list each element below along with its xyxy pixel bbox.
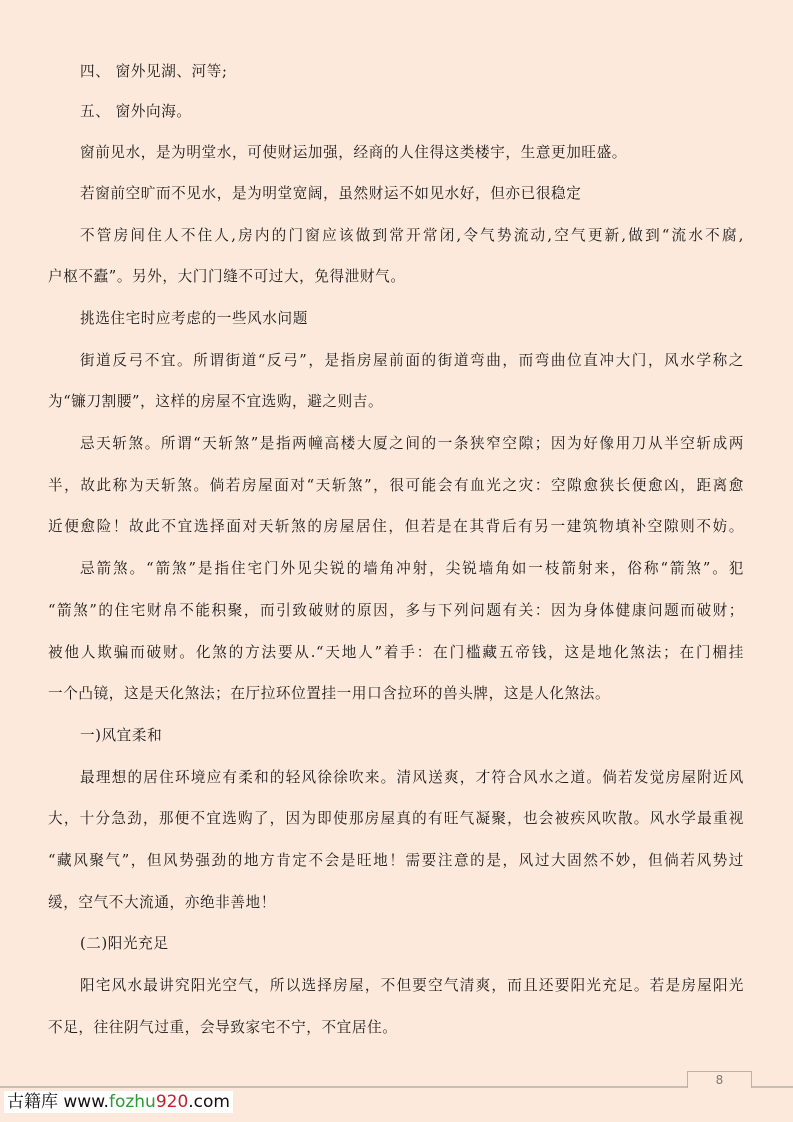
text-line: 挑选住宅时应考虑的一些风水问题 — [80, 309, 308, 329]
watermark: 古籍库 www.fozhu920.com — [4, 1091, 233, 1113]
footer-divider — [0, 1086, 793, 1088]
text-line: 阳宅风水最讲究阳光空气，所以选择房屋，不但要空气清爽，而且还要阳光充足。若是房屋… — [80, 976, 744, 996]
text-line: 大，十分急劲，那便不宜选购了，因为即使那房屋真的有旺气凝聚，也会被疾风吹散。风水… — [48, 809, 744, 829]
watermark-prefix: 古籍库 www. — [7, 1092, 109, 1112]
text-line: “藏风聚气”，但风势强劲的地方肯定不会是旺地！需要注意的是，风过大固然不妙，但倘… — [48, 851, 744, 871]
text-line: 最理想的居住环境应有柔和的轻风徐徐吹来。清风送爽，才符合风水之道。倘若发觉房屋附… — [80, 768, 744, 788]
watermark-red-part: 920 — [156, 1092, 188, 1112]
text-line: “箭煞”的住宅财帛不能积聚，而引致破财的原因，多与下列问题有关：因为身体健康问题… — [48, 601, 744, 621]
text-line: 忌天斩煞。所谓“天斩煞”是指两幢高楼大厦之间的一条狭窄空隙；因为好像用刀从半空斩… — [80, 434, 744, 454]
watermark-green-part: fozhu — [109, 1092, 156, 1112]
text-line: 若窗前空旷而不见水，是为明堂宽阔，虽然财运不如见水好，但亦已很稳定 — [80, 184, 581, 204]
text-line: 被他人欺骗而破财。化煞的方法要从.“天地人”着手：在门槛藏五帝钱，这是地化煞法；… — [48, 643, 744, 663]
text-line: 忌箭煞。“箭煞”是指住宅门外见尖锐的墙角冲射，尖锐墙角如一枝箭射来，俗称“箭煞”… — [80, 559, 744, 579]
text-line: 一)风宜柔和 — [80, 726, 162, 746]
text-line: 户枢不蠹”。另外，大门门缝不可过大，免得泄财气。 — [48, 267, 406, 287]
text-line: 半，故此称为天斩煞。倘若房屋面对“天斩煞”，很可能会有血光之灾：空隙愈狭长便愈凶… — [48, 476, 744, 496]
watermark-suffix: .com — [188, 1092, 230, 1112]
text-line: 近便愈险！故此不宜选择面对天斩煞的房屋居住，但若是在其背后有另一建筑物填补空隙则… — [48, 517, 744, 537]
text-line: 一个凸镜，这是天化煞法；在厅拉环位置挂一用口含拉环的兽头牌，这是人化煞法。 — [48, 684, 610, 704]
text-line: 窗前见水，是为明堂水，可使财运加强，经商的人住得这类楼宇，生意更加旺盛。 — [80, 143, 627, 163]
text-line: 四、 窗外见湖、河等; — [80, 62, 228, 82]
text-line: 为“镰刀割腰”，这样的房屋不宜选购，避之则吉。 — [48, 392, 383, 412]
text-line: (二)阳光充足 — [80, 934, 169, 954]
text-line: 五、 窗外向海。 — [80, 102, 192, 122]
text-line: 街道反弓不宜。所谓街道“反弓”，是指房屋前面的街道弯曲，而弯曲位直冲大门，风水学… — [80, 351, 744, 371]
text-line: 缓，空气不大流通，亦绝非善地！ — [48, 893, 276, 913]
text-line: 不足，往往阴气过重，会导致家宅不宁，不宜居住。 — [48, 1018, 397, 1038]
text-line: 不管房间住人不住人,房内的门窗应该做到常开常闭,令气势流动,空气更新,做到“流水… — [80, 226, 744, 246]
page-number: 8 — [687, 1071, 752, 1088]
